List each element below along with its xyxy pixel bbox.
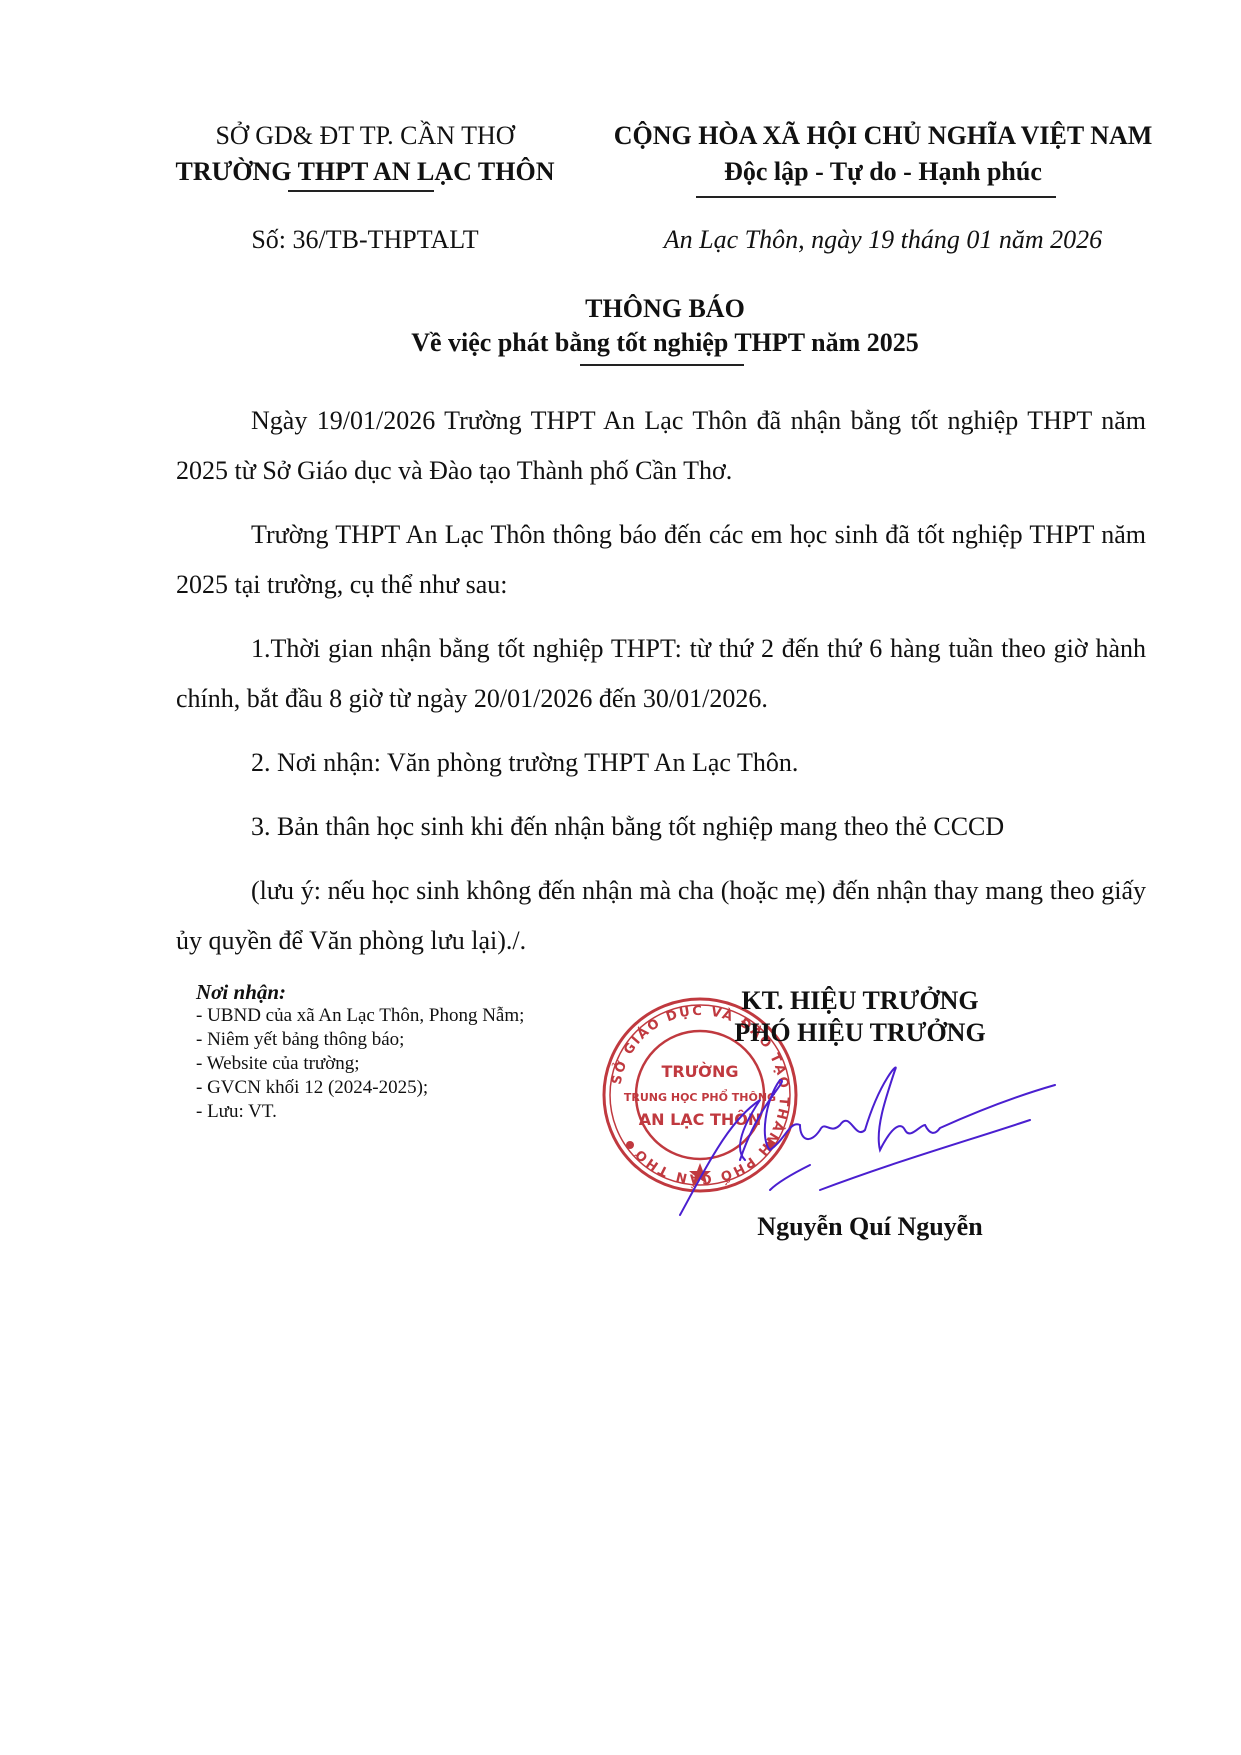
document-title-block: THÔNG BÁO Về việc phát bằng tốt nghiệp T… — [150, 292, 1180, 360]
nation-name: CỘNG HÒA XÃ HỘI CHỦ NGHĨA VIỆT NAM — [588, 118, 1178, 154]
signatory-on-behalf: KT. HIỆU TRƯỞNG — [680, 985, 1040, 1017]
body-paragraph: 3. Bản thân học sinh khi đến nhận bằng t… — [176, 802, 1146, 852]
recipient-item: - Niêm yết bảng thông báo; — [196, 1028, 524, 1052]
issuing-authority-block: SỞ GD& ĐT TP. CẦN THƠ TRƯỜNG THPT AN LẠC… — [150, 118, 580, 190]
body-paragraph: Ngày 19/01/2026 Trường THPT An Lạc Thôn … — [176, 396, 1146, 496]
agency-name: SỞ GD& ĐT TP. CẦN THƠ — [150, 118, 580, 154]
signatory-name: Nguyễn Quí Nguyễn — [690, 1212, 1050, 1242]
recipients-heading: Nơi nhận: — [196, 980, 524, 1004]
document-subject: Về việc phát bằng tốt nghiệp THPT năm 20… — [150, 326, 1180, 360]
handwritten-signature-icon — [650, 1040, 1060, 1230]
recipient-item: - UBND của xã An Lạc Thôn, Phong Nẫm; — [196, 1004, 524, 1028]
document-title: THÔNG BÁO — [150, 292, 1180, 326]
recipients-block: Nơi nhận: - UBND của xã An Lạc Thôn, Pho… — [196, 980, 524, 1124]
school-name-underline — [288, 190, 434, 192]
body-paragraph: 2. Nơi nhận: Văn phòng trường THPT An Lạ… — [176, 738, 1146, 788]
notice-body: Ngày 19/01/2026 Trường THPT An Lạc Thôn … — [176, 396, 1146, 980]
recipient-item: - Website của trường; — [196, 1052, 524, 1076]
body-paragraph: Trường THPT An Lạc Thôn thông báo đến cá… — [176, 510, 1146, 610]
national-motto: Độc lập - Tự do - Hạnh phúc — [588, 154, 1178, 190]
national-heading-block: CỘNG HÒA XÃ HỘI CHỦ NGHĨA VIỆT NAM Độc l… — [588, 118, 1178, 190]
school-name: TRƯỜNG THPT AN LẠC THÔN — [150, 154, 580, 190]
body-paragraph: 1.Thời gian nhận bằng tốt nghiệp THPT: t… — [176, 624, 1146, 724]
recipient-item: - GVCN khối 12 (2024-2025); — [196, 1076, 524, 1100]
document-number: Số: 36/TB-THPTALT — [150, 225, 580, 255]
motto-underline — [696, 196, 1056, 198]
subject-underline — [580, 364, 744, 366]
body-paragraph: (lưu ý: nếu học sinh không đến nhận mà c… — [176, 866, 1146, 966]
place-and-date: An Lạc Thôn, ngày 19 tháng 01 năm 2026 — [588, 225, 1178, 255]
recipient-item: - Lưu: VT. — [196, 1100, 524, 1124]
